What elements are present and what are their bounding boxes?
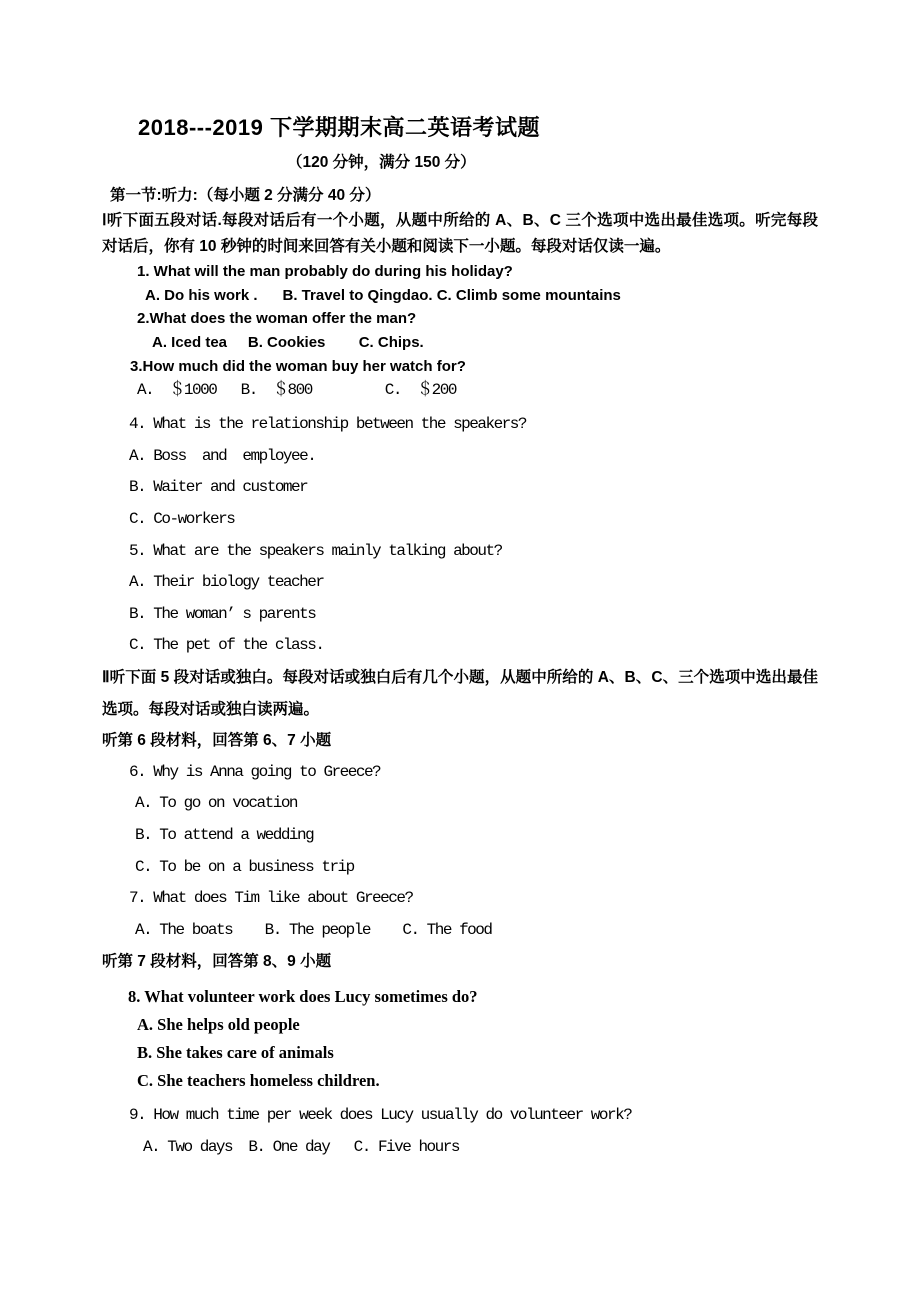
question-6-option-c: C. To be on a business trip — [135, 852, 818, 884]
question-1: 1. What will the man probably do during … — [137, 260, 818, 284]
question-5-option-a: A. Their biology teacher — [129, 567, 818, 599]
question-3: 3.How much did the woman buy her watch f… — [130, 355, 818, 379]
question-5: 5. What are the speakers mainly talking … — [129, 536, 818, 568]
exam-duration-score: （120 分钟，满分 150 分） — [287, 150, 818, 176]
question-5-option-b: B. The woman’ s parents — [129, 599, 818, 631]
question-6: 6. Why is Anna going to Greece? — [129, 757, 818, 789]
question-6-option-a: A. To go on vocation — [135, 788, 818, 820]
part1-instructions: Ⅰ听下面五段对话.每段对话后有一个小题，从题中所给的 A、B、C 三个选项中选出… — [102, 208, 818, 260]
question-6-option-b: B. To attend a wedding — [135, 820, 818, 852]
material-6-heading: 听第 6 段材料，回答第 6、7 小题 — [102, 725, 818, 757]
question-4-option-a: A. Boss and employee. — [129, 441, 818, 473]
question-9: 9. How much time per week does Lucy usua… — [129, 1100, 818, 1132]
question-4: 4. What is the relationship between the … — [129, 409, 818, 441]
question-7: 7. What does Tim like about Greece? — [129, 883, 818, 915]
question-3-options: A. ＄1000 B. ＄800 C. ＄200 — [137, 379, 818, 403]
question-8-option-c: C. She teachers homeless children. — [137, 1067, 818, 1095]
question-4-option-b: B. Waiter and customer — [129, 472, 818, 504]
question-1-options: A. Do his work . B. Travel to Qingdao. C… — [145, 284, 818, 308]
material-7-heading: 听第 7 段材料，回答第 8、9 小题 — [102, 946, 818, 978]
part2-instructions: Ⅱ听下面 5 段对话或独白。每段对话或独白后有几个小题，从题中所给的 A、B、C… — [102, 662, 818, 725]
question-8: 8. What volunteer work does Lucy sometim… — [128, 983, 818, 1011]
question-2: 2.What does the woman offer the man? — [137, 307, 818, 331]
question-7-options: A. The boats B. The people C. The food — [135, 915, 818, 947]
question-2-options: A. Iced tea B. Cookies C. Chips. — [152, 331, 818, 355]
question-4-option-c: C. Co-workers — [129, 504, 818, 536]
question-9-options: A. Two days B. One day C. Five hours — [143, 1132, 818, 1164]
exam-document-page: 2018---2019 下学期期末高二英语考试题 （120 分钟，满分 150 … — [0, 0, 920, 1302]
exam-title: 2018---2019 下学期期末高二英语考试题 — [138, 112, 818, 144]
question-8-option-b: B. She takes care of animals — [137, 1039, 818, 1067]
section1-heading: 第一节:听力:（每小题 2 分满分 40 分） — [110, 184, 818, 208]
question-5-option-c: C. The pet of the class. — [129, 630, 818, 662]
exam-content: 2018---2019 下学期期末高二英语考试题 （120 分钟，满分 150 … — [102, 0, 818, 1163]
question-8-option-a: A. She helps old people — [137, 1011, 818, 1039]
